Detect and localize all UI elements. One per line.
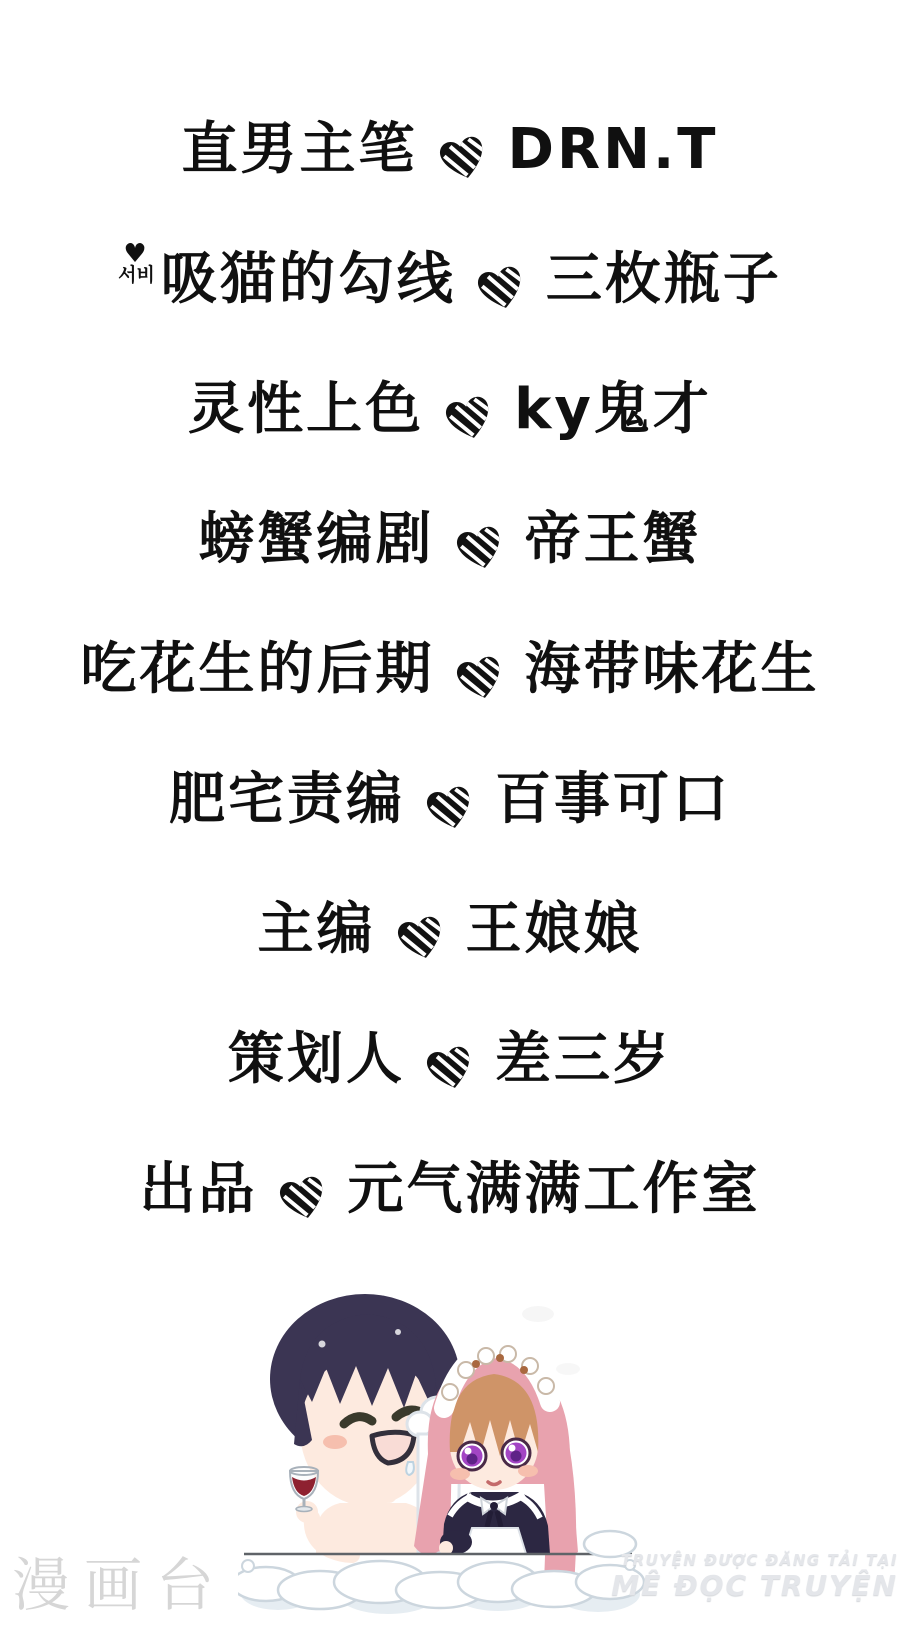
credit-name-label: 百事可口	[495, 772, 731, 828]
manga-credits-page: { "page": { "background_color": "#ffffff…	[0, 0, 900, 1628]
credit-role-label: 出品	[140, 1162, 258, 1218]
credit-name-label: 差三岁	[495, 1032, 672, 1088]
watermark-vietnamese: TRUYỆN ĐƯỢC ĐĂNG TẢI TẠI MÊ ĐỌC TRUYỆN	[611, 1551, 898, 1603]
girl-eye-right	[502, 1439, 530, 1467]
credit-role-label: 螃蟹编剧	[199, 512, 435, 568]
credit-role-label: 肥宅责编	[169, 772, 405, 828]
credit-line: 策划人差三岁	[0, 995, 900, 1125]
credit-line: 主编王娘娘	[0, 865, 900, 995]
scribble-heart-icon	[442, 394, 496, 442]
credit-line: 出品元气满满工作室	[0, 1125, 900, 1255]
small-heart-icon: ♥	[123, 243, 149, 265]
scribble-heart-icon	[423, 784, 477, 832]
credit-line: 螃蟹编剧帝王蟹	[0, 475, 900, 605]
credit-line: 直男主笔DRN.T	[0, 85, 900, 215]
heart-hangul-decoration: ♥서비	[118, 243, 155, 285]
scribble-heart-icon	[436, 134, 490, 182]
drool-drop	[406, 1462, 414, 1475]
watermark-vn-line1: TRUYỆN ĐƯỢC ĐĂNG TẢI TẠI	[611, 1551, 898, 1569]
credit-name-label: 王娘娘	[466, 902, 643, 958]
scribble-heart-icon	[453, 524, 507, 572]
scribble-heart-icon	[453, 654, 507, 702]
watermark-manhuatai: 漫画台	[12, 1538, 228, 1622]
scribble-heart-icon	[276, 1174, 330, 1222]
scribble-heart-icon	[474, 264, 528, 312]
scribble-heart-icon	[423, 1044, 477, 1092]
credit-name-label: ky鬼才	[514, 382, 712, 438]
decoration-text: 서비	[118, 265, 155, 285]
credit-name-label: 帝王蟹	[525, 512, 702, 568]
credit-role-label: 策划人	[228, 1032, 405, 1088]
credit-role-label: 吸猫的勾线	[161, 252, 456, 308]
credit-line: ♥서비吸猫的勾线三枚瓶子	[0, 215, 900, 345]
scribble-heart-icon	[394, 914, 448, 962]
credit-line: 肥宅责编百事可口	[0, 735, 900, 865]
credits-list: 直男主笔DRN.T♥서비吸猫的勾线三枚瓶子灵性上色ky鬼才螃蟹编剧帝王蟹吃花生的…	[0, 85, 900, 1255]
credit-line: 吃花生的后期海带味花生	[0, 605, 900, 735]
bathtub-illustration	[238, 1284, 658, 1628]
credit-role-label: 主编	[258, 902, 376, 958]
apron	[464, 1528, 526, 1554]
credit-role-label: 灵性上色	[188, 382, 424, 438]
credit-name-label: 三枚瓶子	[546, 252, 782, 308]
credit-role-label: 直男主笔	[182, 122, 418, 178]
girl-eye-left	[458, 1442, 486, 1470]
credit-name-label: 海带味花生	[525, 642, 820, 698]
credit-line: 灵性上色ky鬼才	[0, 345, 900, 475]
credit-role-label: 吃花生的后期	[81, 642, 435, 698]
credit-name-label: 元气满满工作室	[348, 1162, 761, 1218]
watermark-vn-line2: MÊ ĐỌC TRUYỆN	[611, 1569, 898, 1603]
credit-name-label: DRN.T	[508, 122, 719, 178]
